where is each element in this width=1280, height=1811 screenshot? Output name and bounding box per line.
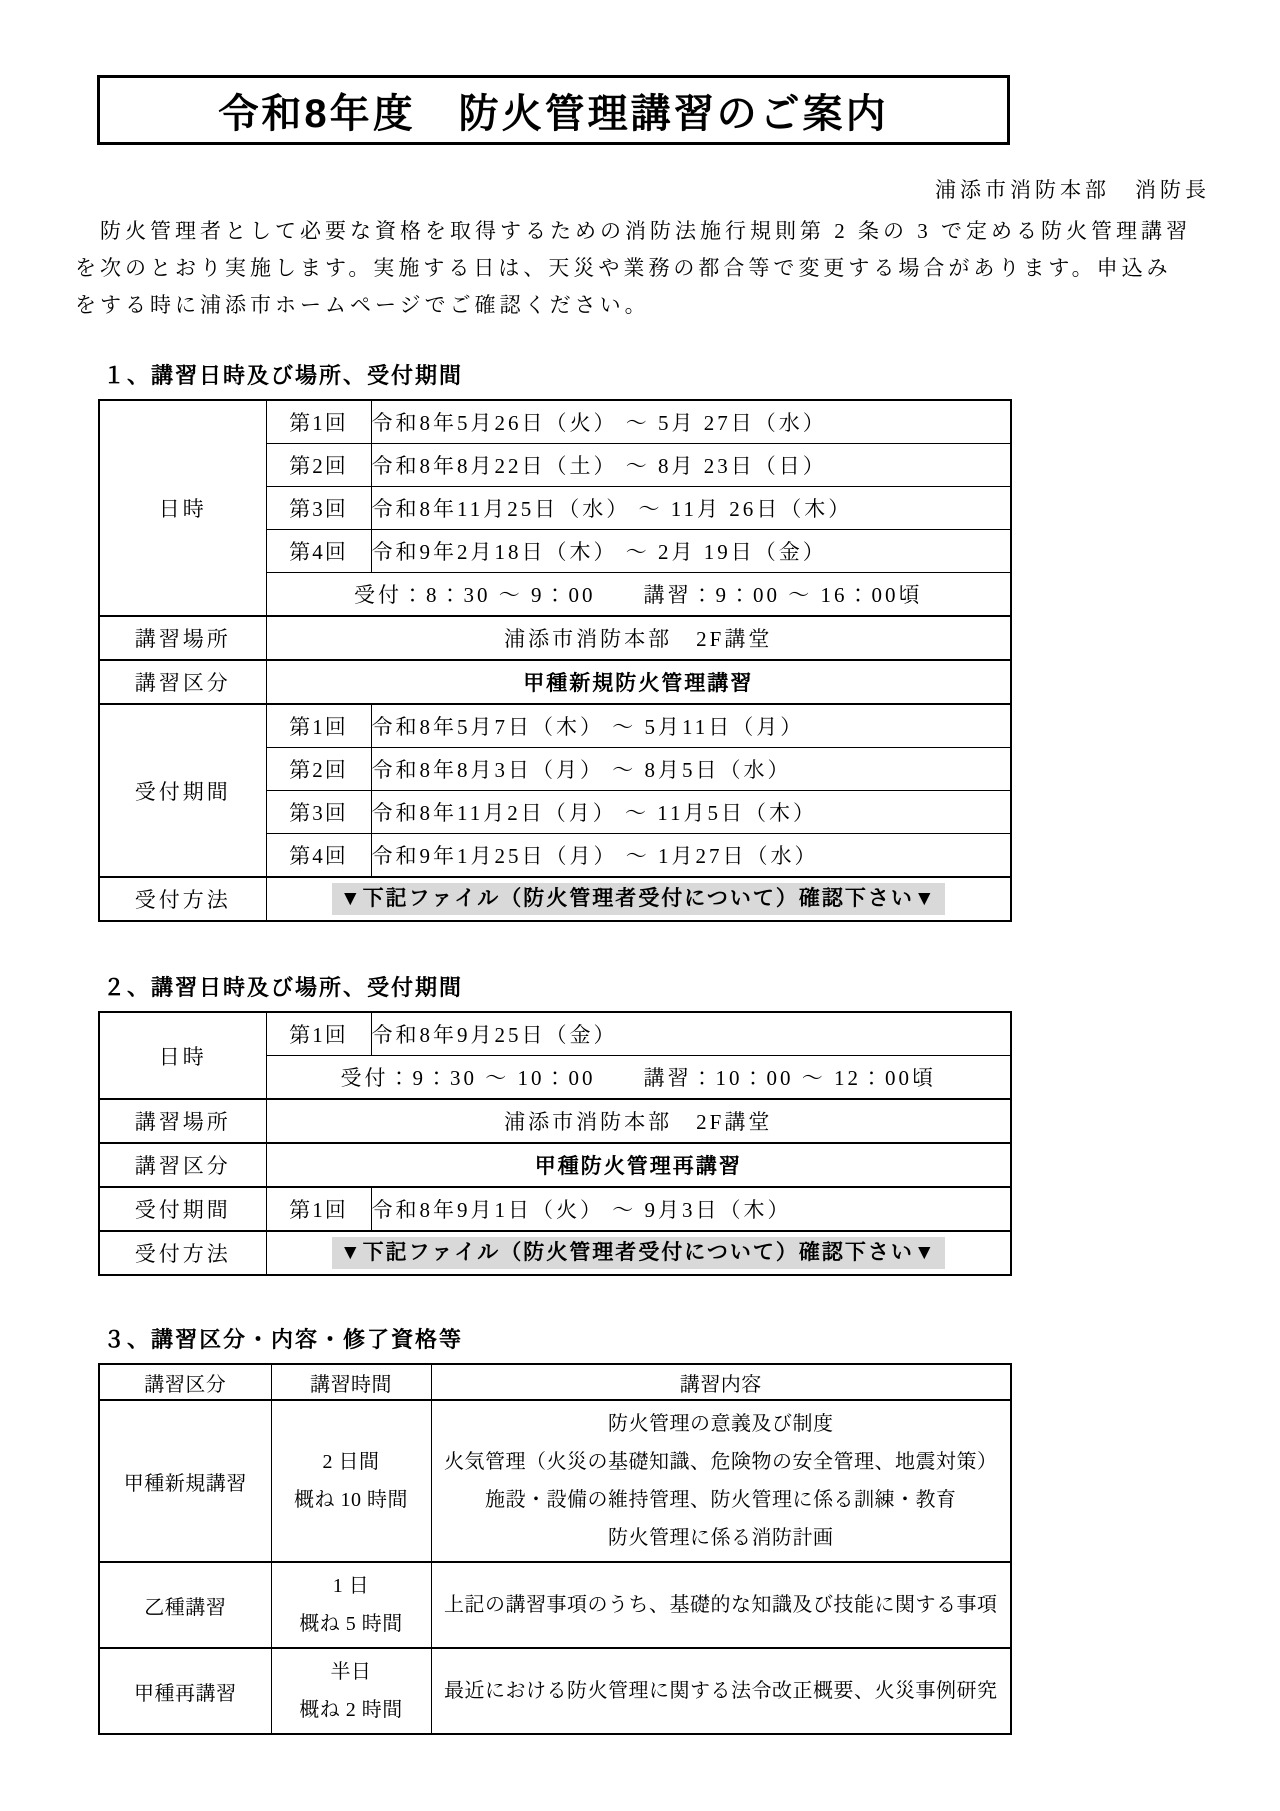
method-highlight: ▼下記ファイル（防火管理者受付について）確認下さい▼ xyxy=(332,883,945,915)
content-line: 火気管理（火災の基礎知識、危険物の安全管理、地震対策） xyxy=(432,1443,1011,1481)
place-value: 浦添市消防本部 2F講堂 xyxy=(266,616,1011,660)
schedule-table-1: 日時 第1回 令和8年5月26日（火） ～ 5月 27日（水） 第2回 令和8年… xyxy=(98,399,1012,922)
session-date: 令和8年5月26日（火） ～ 5月 27日（水） xyxy=(371,400,1011,444)
period-no: 第2回 xyxy=(266,748,371,791)
table-row: 受付方法 ▼下記ファイル（防火管理者受付について）確認下さい▼ xyxy=(99,877,1011,921)
content-line: 最近における防火管理に関する法令改正概要、火災事例研究 xyxy=(432,1672,1011,1710)
table-row: 甲種再講習 半日 概ね 2 時間 最近における防火管理に関する法令改正概要、火災… xyxy=(99,1648,1011,1734)
duration-line: 1 日 xyxy=(272,1567,431,1605)
row-label-place: 講習場所 xyxy=(99,1099,266,1143)
method-highlight: ▼下記ファイル（防火管理者受付について）確認下さい▼ xyxy=(332,1237,945,1269)
content-line: 防火管理に係る消防計画 xyxy=(432,1519,1011,1557)
content-line: 防火管理の意義及び制度 xyxy=(432,1405,1011,1443)
reception-time-note: 受付：8：30 ～ 9：00 講習：9：00 ～ 16：00頃 xyxy=(266,573,1011,617)
session-date: 令和8年11月25日（水） ～ 11月 26日（木） xyxy=(371,487,1011,530)
course-content: 上記の講習事項のうち、基礎的な知識及び技能に関する事項 xyxy=(431,1562,1011,1648)
session-no: 第1回 xyxy=(266,400,371,444)
duration-line: 概ね 2 時間 xyxy=(272,1691,431,1729)
period-date: 令和8年9月1日（火） ～ 9月3日（木） xyxy=(371,1187,1011,1231)
table-row: 講習場所 浦添市消防本部 2F講堂 xyxy=(99,616,1011,660)
table-row: 受付期間 第1回 令和8年9月1日（火） ～ 9月3日（木） xyxy=(99,1187,1011,1231)
intro-line-3: をする時に浦添市ホームページでご確認ください。 xyxy=(75,287,1220,324)
table-row: 甲種新規講習 2 日間 概ね 10 時間 防火管理の意義及び制度 火気管理（火災… xyxy=(99,1400,1011,1562)
course-duration: 半日 概ね 2 時間 xyxy=(271,1648,431,1734)
header-category: 講習区分 xyxy=(99,1364,271,1400)
reception-time-note: 受付：9：30 ～ 10：00 講習：10：00 ～ 12：00頃 xyxy=(266,1056,1011,1100)
row-label-category: 講習区分 xyxy=(99,1143,266,1187)
table-row: 乙種講習 1 日 概ね 5 時間 上記の講習事項のうち、基礎的な知識及び技能に関… xyxy=(99,1562,1011,1648)
title-box: 令和8年度 防火管理講習のご案内 xyxy=(97,75,1010,145)
section1-heading: １、講習日時及び場所、受付期間 xyxy=(103,362,1280,390)
schedule-table-2: 日時 第1回 令和8年9月25日（金） 受付：9：30 ～ 10：00 講習：1… xyxy=(98,1011,1012,1276)
period-date: 令和9年1月25日（月） ～ 1月27日（水） xyxy=(371,834,1011,878)
period-no: 第1回 xyxy=(266,1187,371,1231)
period-no: 第4回 xyxy=(266,834,371,878)
category-value: 甲種防火管理再講習 xyxy=(266,1143,1011,1187)
course-category: 甲種再講習 xyxy=(99,1648,271,1734)
session-date: 令和8年9月25日（金） xyxy=(371,1012,1011,1056)
row-label-datetime: 日時 xyxy=(99,400,266,616)
table-row: 受付期間 第1回 令和8年5月7日（木） ～ 5月11日（月） xyxy=(99,704,1011,748)
session-no: 第2回 xyxy=(266,444,371,487)
document-title: 令和8年度 防火管理講習のご案内 xyxy=(218,82,888,139)
period-date: 令和8年11月2日（月） ～ 11月5日（木） xyxy=(371,791,1011,834)
document-page: 令和8年度 防火管理講習のご案内 浦添市消防本部 消防長 防火管理者として必要な… xyxy=(0,0,1280,1811)
row-label-method: 受付方法 xyxy=(99,1231,266,1275)
content-line: 施設・設備の維持管理、防火管理に係る訓練・教育 xyxy=(432,1481,1011,1519)
intro-line-2: を次のとおり実施します。実施する日は、天災や業務の都合等で変更する場合があります… xyxy=(75,250,1220,287)
table-header-row: 講習区分 講習時間 講習内容 xyxy=(99,1364,1011,1400)
table-row: 講習区分 甲種防火管理再講習 xyxy=(99,1143,1011,1187)
table-row: 受付方法 ▼下記ファイル（防火管理者受付について）確認下さい▼ xyxy=(99,1231,1011,1275)
period-no: 第1回 xyxy=(266,704,371,748)
table-row: 日時 第1回 令和8年9月25日（金） xyxy=(99,1012,1011,1056)
intro-line-1: 防火管理者として必要な資格を取得するための消防法施行規則第 2 条の 3 で定め… xyxy=(75,213,1220,250)
period-date: 令和8年8月3日（月） ～ 8月5日（水） xyxy=(371,748,1011,791)
method-cell: ▼下記ファイル（防火管理者受付について）確認下さい▼ xyxy=(266,1231,1011,1275)
course-content-table: 講習区分 講習時間 講習内容 甲種新規講習 2 日間 概ね 10 時間 防火管理… xyxy=(98,1363,1012,1735)
row-label-method: 受付方法 xyxy=(99,877,266,921)
course-category: 甲種新規講習 xyxy=(99,1400,271,1562)
section2-heading: ２、講習日時及び場所、受付期間 xyxy=(103,974,1280,1002)
category-value: 甲種新規防火管理講習 xyxy=(266,660,1011,704)
period-no: 第3回 xyxy=(266,791,371,834)
session-no: 第3回 xyxy=(266,487,371,530)
duration-line: 概ね 10 時間 xyxy=(272,1481,431,1519)
place-value: 浦添市消防本部 2F講堂 xyxy=(266,1099,1011,1143)
duration-line: 半日 xyxy=(272,1653,431,1691)
course-content: 防火管理の意義及び制度 火気管理（火災の基礎知識、危険物の安全管理、地震対策） … xyxy=(431,1400,1011,1562)
session-no: 第4回 xyxy=(266,530,371,573)
session-date: 令和8年8月22日（土） ～ 8月 23日（日） xyxy=(371,444,1011,487)
row-label-datetime: 日時 xyxy=(99,1012,266,1099)
table-row: 講習場所 浦添市消防本部 2F講堂 xyxy=(99,1099,1011,1143)
method-cell: ▼下記ファイル（防火管理者受付について）確認下さい▼ xyxy=(266,877,1011,921)
row-label-period: 受付期間 xyxy=(99,1187,266,1231)
row-label-period: 受付期間 xyxy=(99,704,266,877)
duration-line: 2 日間 xyxy=(272,1443,431,1481)
duration-line: 概ね 5 時間 xyxy=(272,1605,431,1643)
session-date: 令和9年2月18日（木） ～ 2月 19日（金） xyxy=(371,530,1011,573)
course-category: 乙種講習 xyxy=(99,1562,271,1648)
content-line: 上記の講習事項のうち、基礎的な知識及び技能に関する事項 xyxy=(432,1586,1011,1624)
intro-paragraph: 防火管理者として必要な資格を取得するための消防法施行規則第 2 条の 3 で定め… xyxy=(75,213,1220,324)
session-no: 第1回 xyxy=(266,1012,371,1056)
section3-heading: ３、講習区分・内容・修了資格等 xyxy=(103,1326,1280,1354)
table-row: 講習区分 甲種新規防火管理講習 xyxy=(99,660,1011,704)
header-content: 講習内容 xyxy=(431,1364,1011,1400)
header-duration: 講習時間 xyxy=(271,1364,431,1400)
course-duration: 2 日間 概ね 10 時間 xyxy=(271,1400,431,1562)
course-content: 最近における防火管理に関する法令改正概要、火災事例研究 xyxy=(431,1648,1011,1734)
period-date: 令和8年5月7日（木） ～ 5月11日（月） xyxy=(371,704,1011,748)
row-label-category: 講習区分 xyxy=(99,660,266,704)
course-duration: 1 日 概ね 5 時間 xyxy=(271,1562,431,1648)
row-label-place: 講習場所 xyxy=(99,616,266,660)
byline: 浦添市消防本部 消防長 xyxy=(75,175,1210,205)
table-row: 日時 第1回 令和8年5月26日（火） ～ 5月 27日（水） xyxy=(99,400,1011,444)
